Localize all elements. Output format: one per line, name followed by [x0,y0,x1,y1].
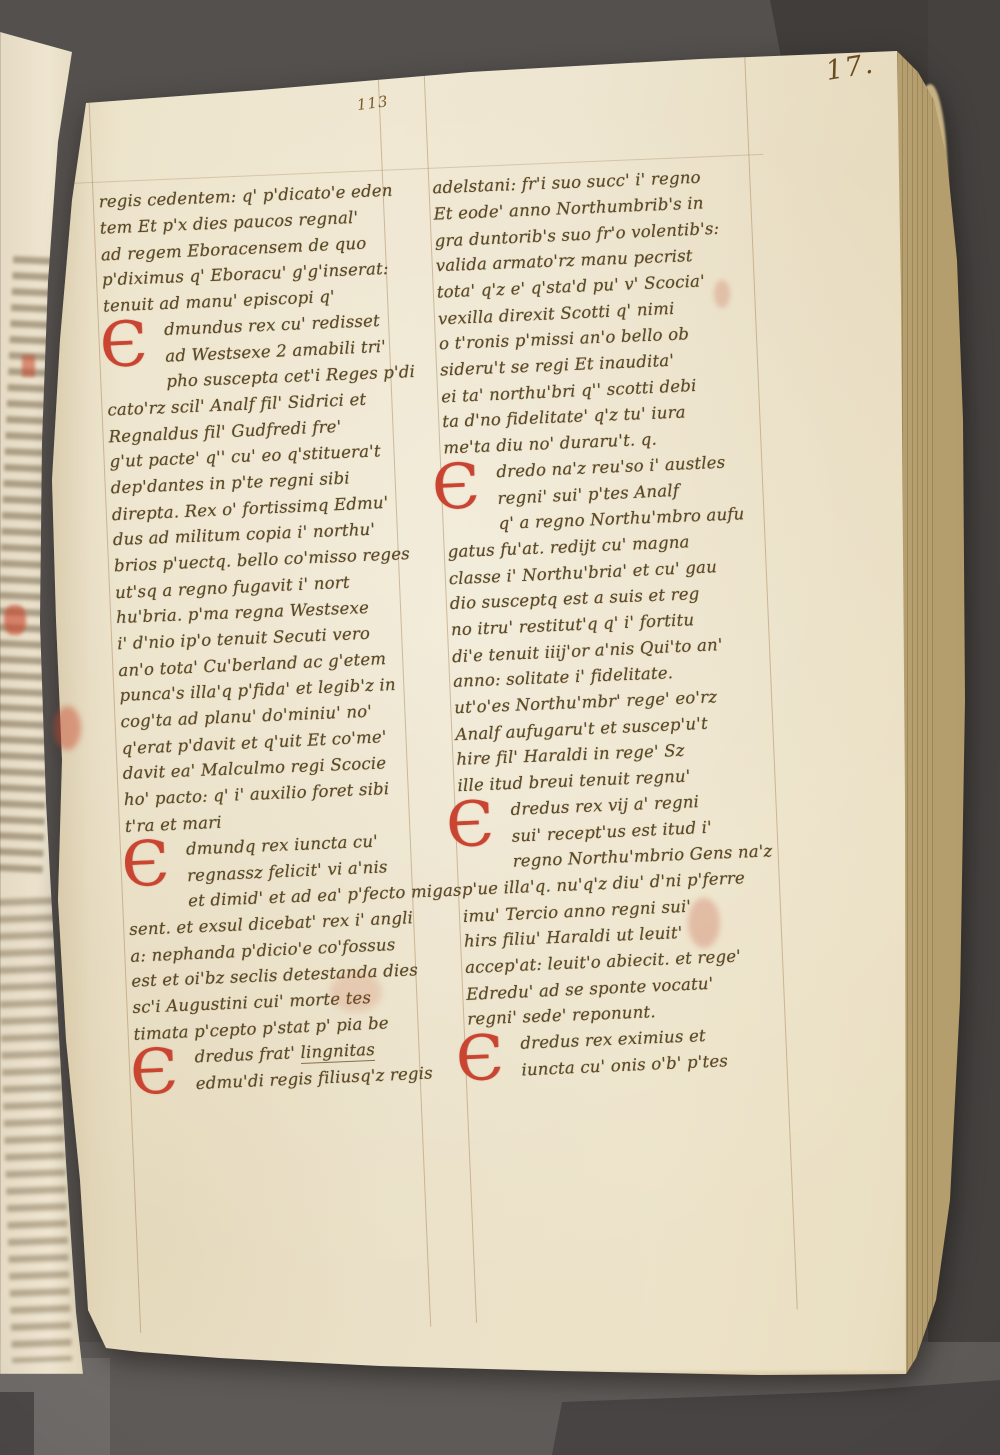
manuscript-paragraph: Єdredus rex vij a' regnisui' recept'us e… [458,786,790,1033]
text-column-left: regis cedentem: q' p'dicato'e edentem Et… [98,177,434,1100]
red-ink-ghost-left-column [330,972,382,1012]
manuscript-paragraph: regis cedentem: q' p'dicato'e edentem Et… [98,177,401,319]
manuscript-paragraph: Єdredus frat' lingnitasedmu'di regis fil… [134,1034,434,1098]
written-surface: 113 17. regis cedentem: q' p'dicato'e ed… [88,5,974,1389]
manuscript-paragraph: Єdredo na'z reu'so i' austlesregni' sui'… [444,448,780,799]
book-block: 113 17. regis cedentem: q' p'dicato'e ed… [0,0,1000,1455]
red-ink-smudge-small [714,280,730,308]
parchment-page: 113 17. regis cedentem: q' p'dicato'e ed… [0,0,1000,1455]
text-column-right: adelstani: fr'i suo succ' i' regnoEt eod… [432,162,792,1086]
red-ink-smudge-gutter [54,706,81,750]
folio-number: 17. [824,48,877,87]
manuscript-paragraph: Єdmundq rex iuncta cu'regnassz felicit' … [125,827,431,1047]
manuscript-paragraph: adelstani: fr'i suo succ' i' regnoEt eod… [432,162,766,461]
red-ink-offset-right-margin [688,898,720,948]
leaf-number: 113 [356,92,390,114]
manuscript-paragraph: Єdmundus rex cu' redissetad Westsexe 2 a… [104,307,424,839]
underlined-word: lingnitas [300,1040,375,1064]
manuscript-photo: 113 17. regis cedentem: q' p'dicato'e ed… [0,0,1000,1455]
